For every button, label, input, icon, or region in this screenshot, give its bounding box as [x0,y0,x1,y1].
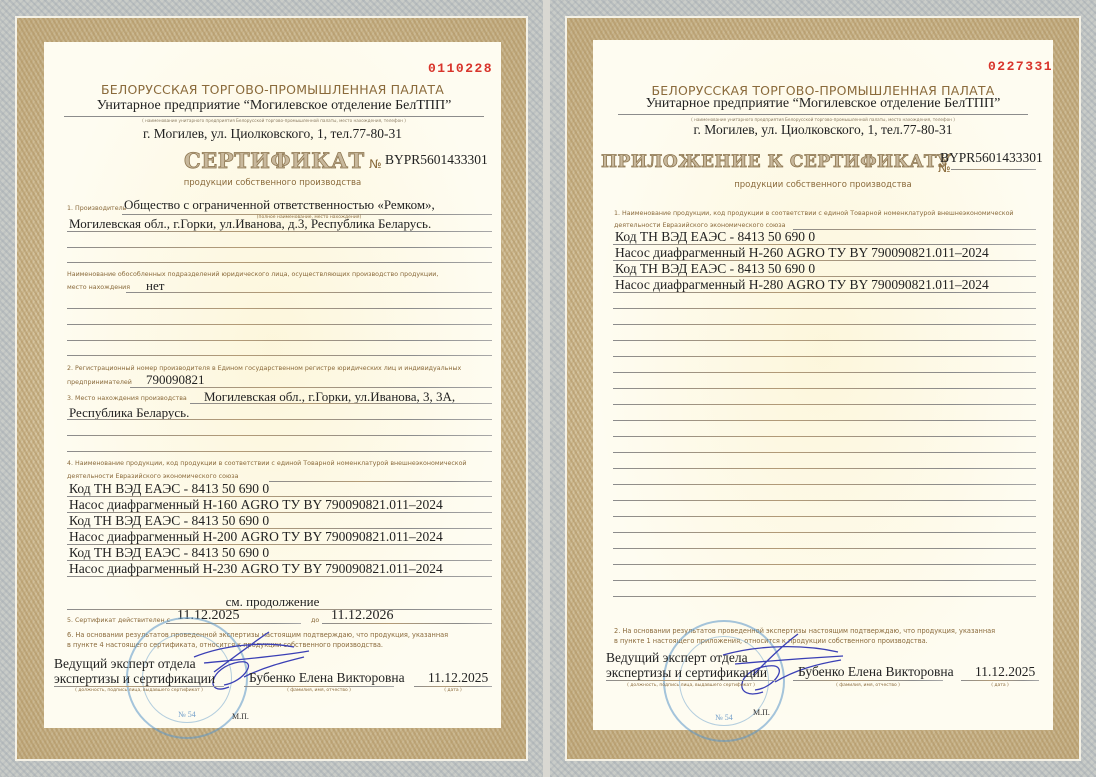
product-line: Насос диафрагменный Н-160 AGRO ТУ BY 790… [69,497,443,513]
address: г. Могилев, ул. Циолковского, 1, тел.77-… [593,122,1053,138]
date-caption: ( дата ) [414,688,492,693]
registration-label-2: предпринимателей [67,379,132,386]
certificate-number: BYPR5601433301 [385,152,488,168]
signatory-role-2: экспертизы и сертификации [54,671,215,686]
product-line: Насос диафрагменный Н-280 AGRO ТУ BY 790… [615,277,989,293]
org-name: БЕЛОРУССКАЯ ТОРГОВО-ПРОМЫШЛЕННАЯ ПАЛАТА [44,82,501,97]
products-label-1: 1. Наименование продукции, код продукции… [614,210,1014,217]
producer-label: 1. Производитель [67,205,126,212]
continuation-note: см. продолжение [44,594,501,610]
product-line: Код ТН ВЭД ЕАЭС - 8413 50 690 0 [615,229,815,245]
unit-name: Унитарное предприятие “Могилевское отдел… [605,96,1041,112]
signatory-role-2: экспертизы и сертификации [606,665,767,680]
document-title: СЕРТИФИКАТ [184,148,365,173]
number-sign: № [369,157,381,171]
role-caption: ( должность, подпись лица, выдавшего сер… [606,683,776,688]
production-site-label: 3. Место нахождения производства [67,395,187,402]
subtitle: продукции собственного производства [44,178,501,188]
seal-label: М.П. [753,708,770,717]
name-caption: ( фамилия, имя, отчество ) [244,688,394,693]
products-label-2: деятельности Евразийского экономического… [614,222,785,229]
registration-number: 790090821 [146,372,205,388]
signatory-role-1: Ведущий эксперт отдела [606,650,748,665]
serial-number: 0227331 [988,59,1053,74]
signatory-role-1: Ведущий эксперт отдела [54,656,196,671]
certificate-paper: 0110228 БЕЛОРУССКАЯ ТОРГОВО-ПРОМЫШЛЕННАЯ… [44,42,501,728]
subtitle: продукции собственного производства [593,180,1053,190]
product-line: Код ТН ВЭД ЕАЭС - 8413 50 690 0 [69,481,269,497]
product-line: Код ТН ВЭД ЕАЭС - 8413 50 690 0 [69,513,269,529]
appendix-page: 0227331 БЕЛОРУССКАЯ ТОРГОВО-ПРОМЫШЛЕННАЯ… [550,0,1096,777]
signature-date: 11.12.2025 [975,664,1035,680]
serial-number: 0110228 [428,61,493,76]
unit-name: Унитарное предприятие “Могилевское отдел… [56,98,492,114]
products-label-1: 4. Наименование продукции, код продукции… [67,460,467,467]
role-caption: ( должность, подпись лица, выдавшего сер… [54,688,224,693]
certificate-number: BYPR5601433301 [940,150,1043,166]
document-title: ПРИЛОЖЕНИЕ К СЕРТИФИКАТУ [601,152,951,172]
product-line: Насос диафрагменный Н-200 AGRO ТУ BY 790… [69,529,443,545]
valid-to-date: 11.12.2026 [331,608,393,624]
producer-line-1: Общество с ограниченной ответственностью… [124,197,435,213]
appendix-paper: 0227331 БЕЛОРУССКАЯ ТОРГОВО-ПРОМЫШЛЕННАЯ… [593,40,1053,730]
date-caption: ( дата ) [961,683,1039,688]
branches-label-1: Наименование обособленных подразделений … [67,271,438,278]
signatory-name: Бубенко Елена Викторовна [249,670,405,686]
valid-to-label: до [311,617,319,624]
product-line: Код ТН ВЭД ЕАЭС - 8413 50 690 0 [615,261,815,277]
unit-caption: ( наименование унитарного предприятия Бе… [54,118,494,123]
valid-from-label: 5. Сертификат действителен с [67,617,170,624]
signatory-name: Бубенко Елена Викторовна [798,664,954,680]
name-caption: ( фамилия, имя, отчество ) [793,683,943,688]
address: г. Могилев, ул. Циолковского, 1, тел.77-… [44,126,501,142]
product-line: Насос диафрагменный Н-230 AGRO ТУ BY 790… [69,561,443,577]
product-line: Код ТН ВЭД ЕАЭС - 8413 50 690 0 [69,545,269,561]
products-label-2: деятельности Евразийского экономического… [67,473,238,480]
certificate-page: 0110228 БЕЛОРУССКАЯ ТОРГОВО-ПРОМЫШЛЕННАЯ… [0,0,543,777]
signature-date: 11.12.2025 [428,670,488,686]
seal-label: М.П. [232,712,249,721]
product-line: Насос диафрагменный Н-260 AGRO ТУ BY 790… [615,245,989,261]
registration-label-1: 2. Регистрационный номер производителя в… [67,365,461,372]
producer-line-2: Могилевская обл., г.Горки, ул.Иванова, д… [69,216,431,232]
branches-label-2: место нахождения [67,284,130,291]
